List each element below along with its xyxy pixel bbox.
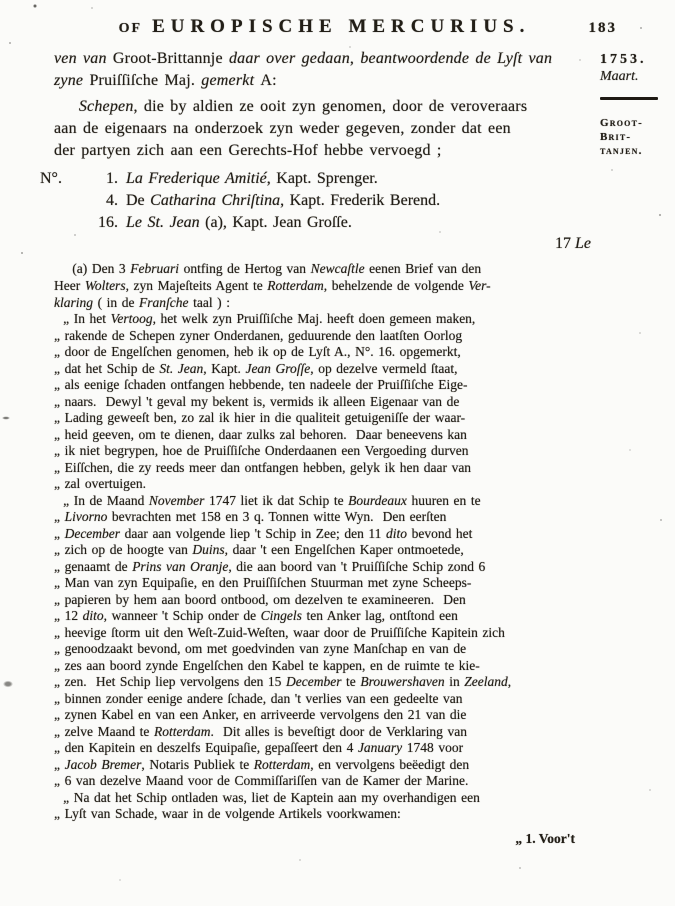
text-segment: taal ) : (189, 295, 230, 310)
text-segment: Rotterdam (154, 724, 211, 739)
text-segment: Livorno (65, 509, 108, 524)
quoted-line: „ Man van zyn Equipaſie, en den Pruiſſiſ… (54, 575, 599, 592)
text-segment: Le (575, 235, 591, 252)
margin-note-line: Groot- (600, 116, 672, 130)
text-segment: „ 1. Voor't (515, 831, 575, 846)
ship-list-label-spacer (40, 212, 90, 234)
quoted-line: „ In het Vertoog, het welk zyn Pruiſſiſc… (54, 311, 599, 328)
quoted-line: „ genaamt de Prins van Oranje, die aan b… (54, 559, 599, 576)
ship-entry-pre: De (126, 192, 150, 209)
text-segment: A: (260, 72, 276, 89)
text-segment: daar over gedaan (229, 50, 350, 67)
text-segment: , (350, 50, 360, 67)
ship-entry: De Catharina Chriſtina, Kapt. Frederik B… (126, 190, 440, 212)
text-segment: „ door de Engelſchen genomen, heb ik op … (54, 344, 461, 359)
text-segment: . Dit alles is beveſtigt door de Verklar… (211, 724, 468, 739)
quoted-line: „ den Kapitein en deszelfs Equipaſie, ge… (54, 740, 599, 757)
margin-rule (600, 97, 658, 100)
text-segment: Prins van Oranje (132, 559, 228, 574)
ship-list-row: N°. 1. La Frederique Amitié, Kapt. Spren… (40, 168, 599, 190)
text-segment: 17 (555, 235, 575, 252)
quoted-line: „ ik niet begrypen, hoe de Pruiſſiſche O… (54, 443, 599, 460)
footnote-line: (a) Den 3 Februari ontfing de Hertog van… (54, 260, 599, 277)
ship-number: 1. (90, 168, 126, 190)
text-segment: (a) Den 3 (54, 261, 130, 276)
quoted-line: „ zes aan boord zynde Engelſchen den Kab… (54, 658, 599, 675)
ship-number: 16. (90, 212, 126, 234)
text-segment: beantwoordende de Lyſt van (360, 50, 552, 67)
text-segment: 1747 liet ik dat Schip te (204, 493, 348, 508)
text-segment: , Notaris Publiek te (141, 757, 253, 772)
quoted-line: „ 6 van dezelve Maand voor de Commiſſari… (54, 773, 599, 790)
text-segment: „ Na dat het Schip ontladen was, liet de… (54, 790, 480, 805)
quoted-line: „ heevige ſtorm uit den Weſt-Zuid-Weſten… (54, 625, 599, 642)
page-title: OFEUROPISCHE MERCURIUS. (78, 16, 571, 38)
title-prefix: OF (119, 21, 142, 36)
text-segment: , zyn Majeſteits Agent te (126, 278, 268, 293)
intro-paragraph: ven van Groot-Brittannje daar over gedaa… (54, 48, 599, 92)
text-segment: Jean Groſſe (245, 361, 310, 376)
quoted-line: „ Lyſt van Schade, waar in de volgende A… (54, 806, 599, 823)
text-segment: „ naars. Dewyl 't geval my bekent is, ve… (54, 394, 459, 409)
text-segment: gemerkt (201, 72, 260, 89)
text-segment: bevond het (407, 526, 472, 541)
ship-list-label-spacer (40, 190, 90, 212)
quoted-declaration: „ In het Vertoog, het welk zyn Pruiſſiſc… (54, 311, 599, 823)
text-segment: „ den Kapitein en deszelfs Equipaſie, ge… (54, 740, 358, 755)
text-line: Schepen, die by aldien ze ooit zyn genom… (54, 96, 599, 118)
text-segment: Duins (192, 542, 224, 557)
text-segment: zyne (54, 72, 89, 89)
quoted-line: „ zelve Maand te Rotterdam. Dit alles is… (54, 724, 599, 741)
text-segment: „ zen. Het Schip liep vervolgens den 15 (54, 674, 286, 689)
text-segment: huuren en te (407, 493, 481, 508)
text-segment: ten Anker lag, ontſtond een (302, 608, 458, 623)
quoted-line: „ Lading geweeſt ben, zo zal ik hier in … (54, 410, 599, 427)
text-segment: Jacob Bremer (65, 757, 142, 772)
page-number: 183 (571, 20, 617, 37)
text-segment: dito (386, 526, 407, 541)
text-segment: , op dezelve vermeld ſtaat, (310, 361, 457, 376)
text-segment: „ genaamt de (54, 559, 132, 574)
text-segment: „ zal overtuigen. (54, 476, 146, 491)
text-segment: daar aan volgende liep 't Schip in Zee; … (120, 526, 386, 541)
margin-date-year: 1753. (600, 52, 672, 68)
text-segment: „ zich op de hoogte van (54, 542, 192, 557)
text-segment: , daar 't een Engelſchen Kaper ontmoeted… (225, 542, 464, 557)
text-segment: ontfing de Hertog van (179, 261, 311, 276)
text-segment: „ papieren by hem aan boord ontbood, om … (54, 592, 466, 607)
text-segment: „ (54, 509, 65, 524)
quoted-line: „ 12 dito, wanneer 't Schip onder de Cin… (54, 608, 599, 625)
text-segment: eenen Brief van den (365, 261, 482, 276)
text-segment: der partyen zich aan een Gerechts-Hof he… (54, 142, 442, 159)
ship-entry-after: (a), Kapt. Jean Groſſe. (200, 214, 352, 231)
running-header: OFEUROPISCHE MERCURIUS. 183 (78, 16, 617, 38)
text-line: der partyen zich aan een Gerechts-Hof he… (54, 140, 599, 162)
quoted-line: „ als eenige ſchaden ontfangen hebbende,… (54, 377, 599, 394)
ship-name: Catharina Chriſtina (150, 192, 280, 209)
text-segment: 1748 voor (402, 740, 463, 755)
text-segment: „ zes aan boord zynde Engelſchen den Kab… (54, 658, 480, 673)
text-segment: , (508, 674, 511, 689)
text-segment: December (65, 526, 120, 541)
quoted-line: „ door de Engelſchen genomen, heb ik op … (54, 344, 599, 361)
text-segment: „ Lyſt van Schade, waar in de volgende A… (54, 806, 401, 821)
quoted-line: „ binnen zonder eenige andere ſchade, da… (54, 691, 599, 708)
text-segment: „ zynen Kabel en van een Anker, en arriv… (54, 707, 466, 722)
quoted-line: „ Na dat het Schip ontladen was, liet de… (54, 790, 599, 807)
quoted-line: „ zal overtuigen. (54, 476, 599, 493)
text-segment: Zeeland (464, 674, 508, 689)
ship-list-row: 16. Le St. Jean (a), Kapt. Jean Groſſe. (40, 212, 599, 234)
text-segment: Ver- (468, 278, 490, 293)
quoted-line: „ dat het Schip de St. Jean, Kapt. Jean … (54, 361, 599, 378)
quoted-line: „ In de Maand November 1747 liet ik dat … (54, 493, 599, 510)
text-segment: bevrachten met 158 en 3 q. Tonnen witte … (107, 509, 446, 524)
quoted-line: „ Eiſſchen, die zy reeds meer dan ontfan… (54, 460, 599, 477)
quoted-line: „ genoodzaakt bevond, om met goedvinden … (54, 641, 599, 658)
page-catchword: „ 1. Voor't (54, 831, 599, 847)
text-segment: Brouwershaven (360, 674, 444, 689)
scanned-book-page: OFEUROPISCHE MERCURIUS. 183 1753. Maart.… (0, 0, 675, 906)
text-segment (54, 98, 79, 115)
text-segment: „ (54, 757, 65, 772)
text-segment: „ Man van zyn Equipaſie, en den Pruiſſiſ… (54, 575, 471, 590)
ship-entry-after: , Kapt. Sprenger. (267, 170, 378, 187)
ship-entry: La Frederique Amitié, Kapt. Sprenger. (126, 168, 378, 190)
text-segment: Franſche (139, 295, 189, 310)
text-segment: Heer (54, 278, 85, 293)
text-segment: „ 6 van dezelve Maand voor de Commiſſari… (54, 773, 468, 788)
text-segment: Vertoog (111, 311, 153, 326)
text-segment: „ zelve Maand te (54, 724, 154, 739)
text-segment: „ (54, 526, 65, 541)
text-segment: ven van (54, 50, 113, 67)
text-segment: , Kapt. (203, 361, 245, 376)
text-segment: dito (83, 608, 104, 623)
page-body: ven van Groot-Brittannje daar over gedaa… (54, 48, 599, 847)
quoted-line: „ rakende de Schepen zyner Onderdanen, g… (54, 328, 599, 345)
text-segment: November (149, 493, 204, 508)
text-segment: „ binnen zonder eenige andere ſchade, da… (54, 691, 463, 706)
margin-note-line: tanjen. (600, 144, 672, 158)
text-segment: „ 12 (54, 608, 83, 623)
text-segment: , die aan boord van 't Pruiſſiſche Schip… (228, 559, 485, 574)
text-segment: Februari (130, 261, 179, 276)
footnote-intro: (a) Den 3 Februari ontfing de Hertog van… (54, 260, 599, 311)
ship-list-row: 4. De Catharina Chriſtina, Kapt. Frederi… (40, 190, 599, 212)
text-segment: „ rakende de Schepen zyner Onderdanen, g… (54, 328, 462, 343)
text-segment: „ ik niet begrypen, hoe de Pruiſſiſche O… (54, 443, 469, 458)
margin-note-line: Brit- (600, 130, 672, 144)
text-segment: Rotterdam (254, 757, 311, 772)
ship-list: N°. 1. La Frederique Amitié, Kapt. Spren… (40, 168, 599, 234)
quoted-line: „ papieren by hem aan boord ontbood, om … (54, 592, 599, 609)
quoted-line: „ zen. Het Schip liep vervolgens den 15 … (54, 674, 599, 691)
text-segment: aan de eigenaars na onderzoek zyn weder … (54, 120, 511, 137)
text-segment: December (286, 674, 341, 689)
quoted-line: „ Livorno bevrachten met 158 en 3 q. Ton… (54, 509, 599, 526)
text-segment: „ In de Maand (54, 493, 149, 508)
text-line: zyne Pruiſſiſche Maj. gemerkt A: (54, 70, 599, 92)
text-segment: „ heid geeven, om te dienen, daar zulks … (54, 427, 467, 442)
ship-name: Le St. Jean (126, 214, 200, 231)
text-segment: Pruiſſiſche Maj. (89, 72, 201, 89)
text-segment: , die by aldien ze ooit zyn genomen, doo… (134, 98, 528, 115)
ship-list-label: N°. (40, 168, 90, 190)
quoted-line: „ December daar aan volgende liep 't Sch… (54, 526, 599, 543)
text-segment: Groot-Brittannje (113, 50, 229, 67)
ship-entry-after: , Kapt. Frederik Berend. (280, 192, 440, 209)
text-segment: klaring (54, 295, 93, 310)
quoted-line: „ naars. Dewyl 't geval my bekent is, ve… (54, 394, 599, 411)
text-segment: „ Eiſſchen, die zy reeds meer dan ontfan… (54, 460, 471, 475)
margin-subject-note: Groot-Brit-tanjen. (600, 116, 672, 158)
text-line: aan de eigenaars na onderzoek zyn weder … (54, 118, 599, 140)
footnote-line: Heer Wolters, zyn Majeſteits Agent te Ro… (54, 277, 599, 294)
text-segment: Cingels (261, 608, 302, 623)
text-segment: „ In het (54, 311, 111, 326)
text-segment: January (358, 740, 402, 755)
text-segment: in (445, 674, 465, 689)
text-segment: „ genoodzaakt bevond, om met goedvinden … (54, 641, 466, 656)
text-segment: , het welk zyn Pruiſſiſche Maj. heeft do… (153, 311, 476, 326)
ship-number: 4. (90, 190, 126, 212)
text-segment: Newcaſtle (311, 261, 365, 276)
quoted-line: „ zynen Kabel en van een Anker, en arriv… (54, 707, 599, 724)
text-segment: te (341, 674, 360, 689)
text-line: ven van Groot-Brittannje daar over gedaa… (54, 48, 599, 70)
text-segment: „ als eenige ſchaden ontfangen hebbende,… (54, 377, 467, 392)
margin-notes: 1753. Maart. Groot-Brit-tanjen. (600, 52, 672, 158)
ship-entry: Le St. Jean (a), Kapt. Jean Groſſe. (126, 212, 352, 234)
quoted-line: „ heid geeven, om te dienen, daar zulks … (54, 427, 599, 444)
schepen-paragraph: Schepen, die by aldien ze ooit zyn genom… (54, 96, 599, 162)
text-segment: , wanneer 't Schip onder de (104, 608, 261, 623)
signature-catchword: 17 Le (54, 234, 599, 254)
title-text: EUROPISCHE MERCURIUS. (152, 16, 530, 37)
text-segment: ( in de (93, 295, 139, 310)
text-segment: , behelzende de volgende (324, 278, 469, 293)
quoted-line: „ Jacob Bremer, Notaris Publiek te Rotte… (54, 757, 599, 774)
footnote-line: klaring ( in de Franſche taal ) : (54, 294, 599, 311)
text-segment: Wolters (85, 278, 126, 293)
text-segment: Schepen (79, 98, 134, 115)
text-segment: Rotterdam (267, 278, 324, 293)
text-segment: St. Jean (159, 361, 203, 376)
text-segment: „ heevige ſtorm uit den Weſt-Zuid-Weſten… (54, 625, 505, 640)
text-segment: , en vervolgens beëedigt den (310, 757, 469, 772)
margin-date-month: Maart. (600, 69, 672, 85)
quoted-line: „ zich op de hoogte van Duins, daar 't e… (54, 542, 599, 559)
ship-name: La Frederique Amitié (126, 170, 267, 187)
text-segment: Bourdeaux (348, 493, 407, 508)
text-segment: „ Lading geweeſt ben, zo zal ik hier in … (54, 410, 465, 425)
text-segment: „ dat het Schip de (54, 361, 159, 376)
